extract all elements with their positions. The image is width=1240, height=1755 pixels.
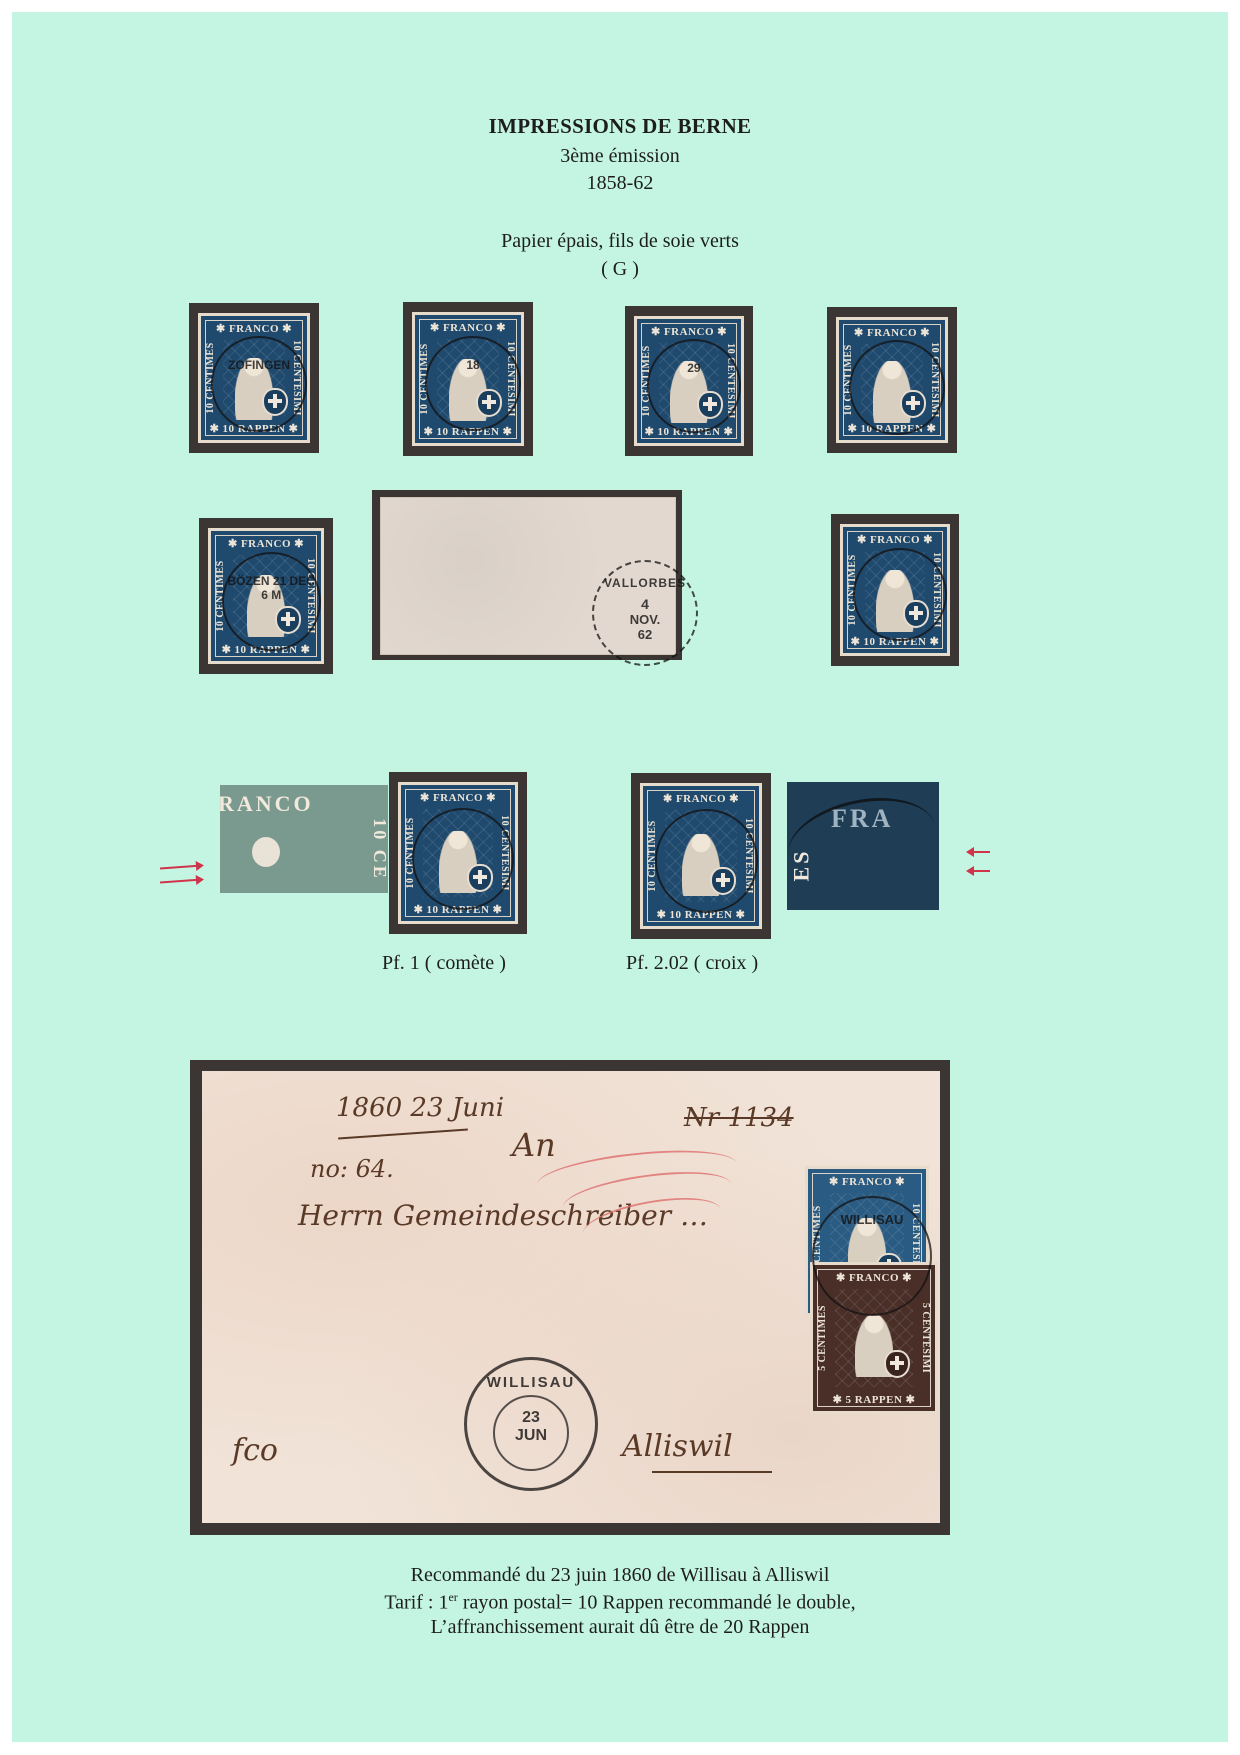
manuscript-an: An — [512, 1126, 556, 1164]
comet-flaw-head — [252, 837, 280, 867]
stamp-label-top: ✱ FRANCO ✱ — [415, 321, 521, 334]
stamp-row1-4: ✱ FRANCO ✱ 10 CENTIMES 10 CENTESIMI ✱ 10… — [836, 317, 948, 443]
caption-pf2-croix: Pf. 2.02 ( croix ) — [626, 952, 758, 975]
stamp-row2-1: ✱ FRANCO ✱ 10 CENTIMES 10 CENTESIMI ✱ 10… — [208, 528, 324, 664]
issue-subtitle: 3ème émission — [0, 145, 1240, 168]
stamp-label-left: 10 CENTIMES — [215, 560, 226, 631]
arrow-left-icon — [968, 851, 990, 853]
caption-pf1-comete: Pf. 1 ( comète ) — [382, 952, 506, 975]
manuscript-number: no: 64. — [310, 1155, 394, 1183]
stamp-label-left: 10 CENTIMES — [843, 344, 854, 415]
stamp-label-right: 10 CENTESIMI — [725, 343, 736, 419]
stamp-label-top: ✱ FRANCO ✱ — [637, 325, 741, 338]
stamp-row1-2: ✱ FRANCO ✱ 10 CENTIMES 10 CENTESIMI ✱ 10… — [412, 312, 524, 446]
stamp-label-right: 5 CENTESIMI — [920, 1303, 931, 1373]
type-code: ( G ) — [0, 258, 1240, 281]
cover-description-line-1: Recommandé du 23 juin 1860 de Willisau à… — [0, 1564, 1240, 1587]
stamp-label-bottom: ✱ 10 RAPPEN ✱ — [211, 643, 321, 656]
stamp-label-bottom: ✱ 10 RAPPEN ✱ — [637, 425, 741, 438]
registration-number: Nr 1134 — [684, 1103, 794, 1133]
swiss-cross-shield-icon — [884, 1350, 910, 1378]
stamp-label-left: 10 CENTIMES — [647, 820, 658, 891]
stamp-label-bottom: ✱ 10 RAPPEN ✱ — [201, 422, 307, 435]
manuscript-destination: Alliswil — [622, 1429, 733, 1464]
cover-description-line-3: L’affranchissement aurait dû être de 20 … — [0, 1616, 1240, 1639]
stamp-label-right: 10 CENTESIMI — [291, 340, 302, 416]
stamp-label-left: 10 CENTIMES — [419, 343, 430, 414]
stamp-row1-1: ✱ FRANCO ✱ 10 CENTIMES 10 CENTESIMI ✱ 10… — [198, 313, 310, 443]
stamp-plate-flaw-pf2-02: ✱ FRANCO ✱ 10 CENTIMES 10 CENTESIMI ✱ 10… — [640, 783, 762, 929]
stamp-label-bottom: ✱ 10 RAPPEN ✱ — [839, 422, 945, 435]
stamp-row2-3: ✱ FRANCO ✱ 10 CENTIMES 10 CENTESIMI ✱ 10… — [840, 524, 950, 656]
cover-stamp-5-rappen: ✱ FRANCO ✱ 5 CENTIMES 5 CENTESIMI ✱ 5 RA… — [810, 1262, 938, 1414]
stamp-label-left: 10 CENTIMES — [641, 345, 652, 416]
stamp-label-right: 10 CENTESIMI — [929, 342, 940, 418]
cover-description-line-2: Tarif : 1er rayon postal= 10 Rappen reco… — [0, 1590, 1240, 1615]
issue-years: 1858-62 — [0, 172, 1240, 195]
stamp-label-right: 10 CENTESIMI — [499, 815, 510, 891]
stamp-label-right: 10 CENTESIMI — [305, 558, 316, 634]
stamp-label-left: 10 CENTIMES — [405, 817, 416, 888]
enlargement-croix: FRA ES — [787, 782, 939, 910]
stamp-label-left: 10 CENTIMES — [847, 554, 858, 625]
stamp-label-bottom: ✱ 10 RAPPEN ✱ — [415, 425, 521, 438]
stamp-label-right: 10 CENTESIMI — [505, 341, 516, 417]
swiss-cross-shield-icon — [467, 864, 493, 892]
manuscript-franco: fco — [232, 1433, 278, 1468]
swiss-cross-shield-icon — [900, 390, 926, 418]
swiss-cross-shield-icon — [275, 606, 301, 634]
stamp-label-top: ✱ FRANCO ✱ — [643, 792, 759, 805]
willisau-postmark: WILLISAU 23 JUN — [464, 1357, 598, 1491]
stamp-label-left: 10 CENTIMES — [205, 342, 216, 413]
manuscript-date: 1860 23 Juni — [336, 1093, 504, 1123]
arrow-left-icon — [968, 870, 990, 872]
stamp-label-top: ✱ FRANCO ✱ — [839, 326, 945, 339]
stamp-label-top: ✱ FRANCO ✱ — [211, 537, 321, 550]
stamp-label-top: ✱ FRANCO ✱ — [401, 791, 515, 804]
paper-description: Papier épais, fils de soie verts — [0, 230, 1240, 253]
page-title: IMPRESSIONS DE BERNE — [0, 114, 1240, 139]
stamp-row1-3: ✱ FRANCO ✱ 10 CENTIMES 10 CENTESIMI ✱ 10… — [634, 316, 744, 446]
stamp-label-bottom: ✱ 10 RAPPEN ✱ — [843, 635, 947, 648]
stamp-label-bottom: ✱ 10 RAPPEN ✱ — [401, 903, 515, 916]
stamp-label-top: ✱ FRANCO ✱ — [843, 533, 947, 546]
stamp-plate-flaw-pf1: ✱ FRANCO ✱ 10 CENTIMES 10 CENTESIMI ✱ 10… — [398, 782, 518, 924]
stamp-label-top: ✱ FRANCO ✱ — [808, 1175, 926, 1188]
stamp-label-top: ✱ FRANCO ✱ — [813, 1271, 935, 1284]
stamp-label-right: 10 CENTESIMI — [931, 552, 942, 628]
stamp-on-piece — [380, 497, 676, 655]
stamp-label-top: ✱ FRANCO ✱ — [201, 322, 307, 335]
enlargement-comete: RANCO 10 CE — [220, 785, 388, 893]
stamp-label-bottom: ✱ 10 RAPPEN ✱ — [643, 908, 759, 921]
stamp-label-right: 10 CENTESIMI — [743, 818, 754, 894]
stamp-label-bottom: ✱ 5 RAPPEN ✱ — [813, 1393, 935, 1406]
stamp-label-left: 5 CENTIMES — [817, 1305, 828, 1371]
